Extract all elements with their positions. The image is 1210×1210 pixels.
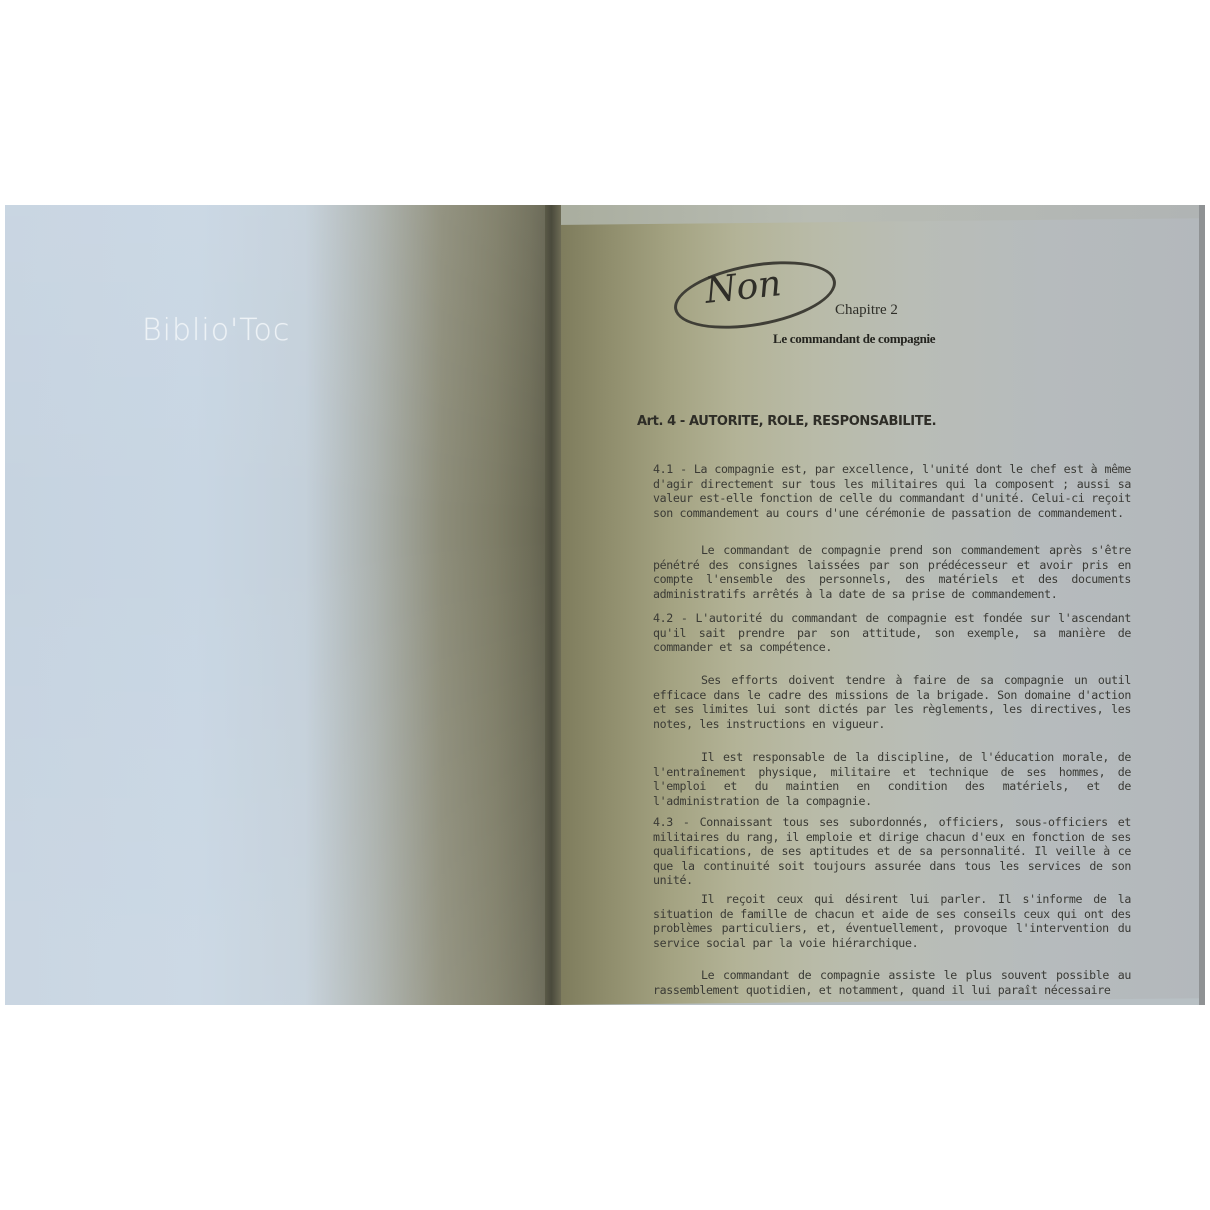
paragraph-4-2: 4.2 - L'autorité du commandant de compag… (653, 611, 1131, 655)
chapter-number: Chapitre 2 (835, 302, 898, 319)
paragraph: Il est responsable de la discipline, de … (653, 750, 1131, 808)
paragraph-4-3: 4.3 - Connaissant tous ses subordonnés, … (653, 815, 1131, 888)
handwritten-annotation: Non (703, 263, 783, 312)
paragraph: Ses efforts doivent tendre à faire de sa… (653, 673, 1131, 731)
chapter-title: Le commandant de compagnie (773, 331, 935, 347)
article-title: Art. 4 - AUTORITE, ROLE, RESPONSABILITE. (637, 414, 936, 429)
book-photo: Biblio'Toc Non Chapitre 2 Le commandant … (5, 205, 1205, 1005)
paragraph: Le commandant de compagnie prend son com… (653, 543, 1131, 601)
page-content: Non Chapitre 2 Le commandant de compagni… (5, 205, 1205, 1005)
paragraph-4-1: 4.1 - La compagnie est, par excellence, … (653, 462, 1131, 520)
paragraph-truncated: Le commandant de compagnie assiste le pl… (653, 968, 1131, 997)
paragraph: Il reçoit ceux qui désirent lui parler. … (653, 892, 1131, 950)
